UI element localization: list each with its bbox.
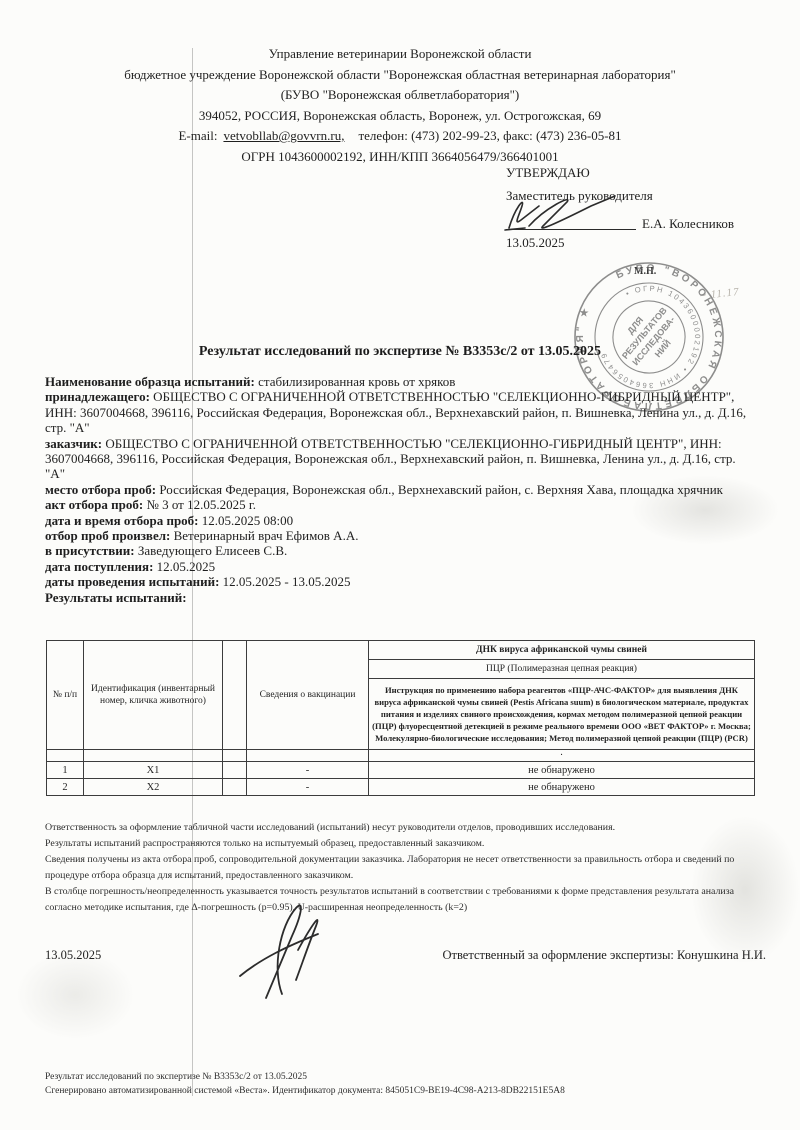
sample-fields: Наименование образца испытаний: стабилиз… bbox=[45, 374, 756, 605]
results-heading: Результаты испытаний: bbox=[45, 590, 756, 605]
note-sampling-info: Сведения получены из акта отбора проб, с… bbox=[45, 852, 757, 884]
table-header-row-1: № п/п Идентификация (инвентарный номер, … bbox=[47, 641, 755, 660]
org-name-line: бюджетное учреждение Воронежской области… bbox=[0, 65, 800, 86]
org-authority-line: Управление ветеринарии Воронежской облас… bbox=[0, 44, 800, 65]
row-num: 2 bbox=[47, 779, 84, 796]
row-identification: X1 bbox=[84, 762, 223, 779]
footer-expertise-ref: Результат исследований по экспертизе № В… bbox=[45, 1071, 757, 1085]
approval-heading: УТВЕРЖДАЮ bbox=[506, 165, 766, 181]
table-row: 2 X2 - не обнаружено bbox=[47, 779, 755, 796]
row-spacer bbox=[223, 779, 247, 796]
spacer-cell bbox=[47, 750, 84, 762]
org-address-line: 394052, РОССИЯ, Воронежская область, Вор… bbox=[0, 106, 800, 127]
field-sampling-place: место отбора проб: Российская Федерация,… bbox=[45, 482, 756, 497]
analyte-header: ДНК вируса африканской чумы свиней bbox=[369, 641, 755, 660]
row-spacer bbox=[223, 762, 247, 779]
email-address: vetvobllab@govvrn.ru, bbox=[223, 128, 344, 143]
field-owner: принадлежащего: ОБЩЕСТВО С ОГРАНИЧЕННОЙ … bbox=[45, 389, 756, 435]
col-header-identification: Идентификация (инвентарный номер, кличка… bbox=[84, 641, 223, 750]
row-result: не обнаружено bbox=[369, 762, 755, 779]
signature-line bbox=[506, 229, 636, 230]
field-witness: в присутствии: Заведующего Елисеев С.В. bbox=[45, 543, 756, 558]
spacer-cell bbox=[247, 750, 369, 762]
field-sample-name: Наименование образца испытаний: стабилиз… bbox=[45, 374, 756, 389]
spacer-dot-cell: · bbox=[369, 750, 755, 762]
field-customer: заказчик: ОБЩЕСТВО С ОГРАНИЧЕННОЙ ОТВЕТС… bbox=[45, 436, 756, 482]
scan-artifact-blob bbox=[15, 950, 135, 1040]
note-responsibility: Ответственность за оформление табличной … bbox=[45, 820, 757, 836]
footer-generator-id: Сгенерировано автоматизированной системо… bbox=[45, 1085, 757, 1099]
org-header: Управление ветеринарии Воронежской облас… bbox=[0, 44, 800, 167]
field-sampler: отбор проб произвел: Ветеринарный врач Е… bbox=[45, 528, 756, 543]
table-spacer-row: · bbox=[47, 750, 755, 762]
results-table: № п/п Идентификация (инвентарный номер, … bbox=[46, 640, 755, 796]
note-uncertainty: В столбце погрешность/неопределенность у… bbox=[45, 884, 757, 916]
org-ogrn-line: ОГРН 1043600002192, ИНН/КПП 3664056479/3… bbox=[0, 147, 800, 168]
row-result: не обнаружено bbox=[369, 779, 755, 796]
email-label: E-mail: bbox=[178, 128, 217, 143]
row-identification: X2 bbox=[84, 779, 223, 796]
org-shortname-line: (БУВО "Воронежская облветлаборатория") bbox=[0, 85, 800, 106]
document-title: Результат исследований по экспертизе № В… bbox=[0, 344, 800, 360]
org-contacts-line: E-mail:vetvobllab@govvrn.ru,телефон: (47… bbox=[0, 126, 800, 147]
approval-date: 13.05.2025 bbox=[506, 235, 565, 251]
responsible-person: Ответственный за оформление экспертизы: … bbox=[442, 948, 766, 963]
spacer-cell bbox=[223, 750, 247, 762]
col-header-vaccination: Сведения о вакцинации bbox=[247, 641, 369, 750]
col-header-num: № п/п bbox=[47, 641, 84, 750]
signoff-date: 13.05.2025 bbox=[45, 948, 101, 963]
method-type-header: ПЦР (Полимеразная цепная реакция) bbox=[369, 660, 755, 679]
field-sampling-act: акт отбора проб: № 3 от 12.05.2025 г. bbox=[45, 497, 756, 512]
row-num: 1 bbox=[47, 762, 84, 779]
scanned-document-page: ~ 11.17 Управление ветеринарии Воронежск… bbox=[0, 0, 800, 1130]
note-scope: Результаты испытаний распространяются то… bbox=[45, 836, 757, 852]
field-sampling-datetime: дата и время отбора проб: 12.05.2025 08:… bbox=[45, 513, 756, 528]
approver-name: Е.А. Колесников bbox=[642, 216, 734, 232]
responsible-signature-handwritten bbox=[222, 898, 362, 1008]
phone-fax: телефон: (473) 202-99-23, факс: (473) 23… bbox=[358, 128, 621, 143]
document-footer: Результат исследований по экспертизе № В… bbox=[45, 1071, 757, 1098]
col-header-spacer bbox=[223, 641, 247, 750]
row-vaccination: - bbox=[247, 779, 369, 796]
row-vaccination: - bbox=[247, 762, 369, 779]
field-receipt-date: дата поступления: 12.05.2025 bbox=[45, 559, 756, 574]
method-description: Инструкция по применению набора реагенто… bbox=[369, 679, 755, 750]
disclaimer-notes: Ответственность за оформление табличной … bbox=[45, 820, 757, 916]
field-testing-dates: даты проведения испытаний: 12.05.2025 - … bbox=[45, 574, 756, 589]
table-row: 1 X1 - не обнаружено bbox=[47, 762, 755, 779]
spacer-cell bbox=[84, 750, 223, 762]
